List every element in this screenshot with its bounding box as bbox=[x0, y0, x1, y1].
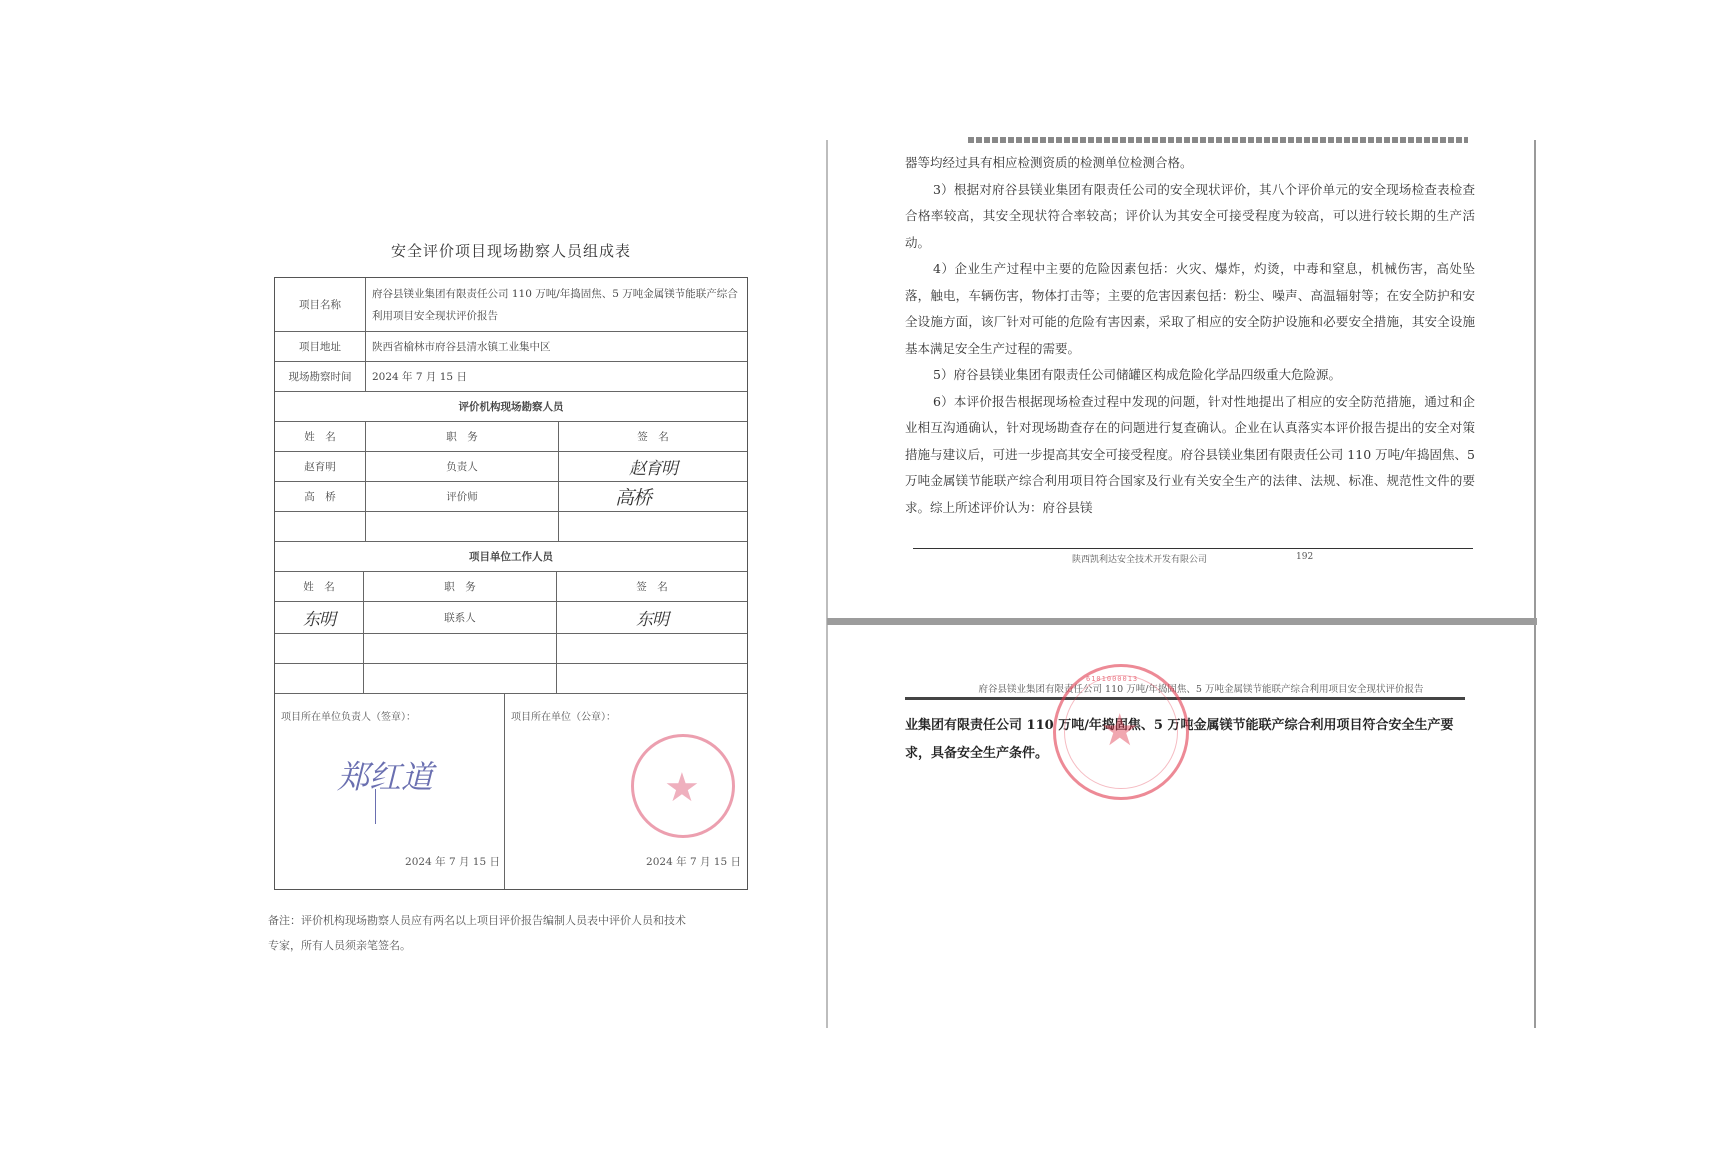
handwritten-signature: 高桥 bbox=[615, 483, 651, 510]
staff-role bbox=[363, 634, 556, 663]
value-project-name: 府谷县镁业集团有限责任公司 110 万吨/年捣固焦、5 万吨金属镁节能联产综合 … bbox=[365, 278, 747, 331]
signature-section: 项目所在单位负责人（签章）： 郑红道 2024 年 7 月 15 日 项目所在单… bbox=[275, 693, 747, 889]
header-rule bbox=[905, 697, 1465, 700]
page-right-edge bbox=[1534, 140, 1536, 1028]
handwritten-signature: 赵育明 bbox=[629, 454, 677, 479]
table-row bbox=[275, 511, 747, 541]
handwritten-name: 东明 bbox=[303, 605, 335, 630]
paragraph: 3）根据对府谷县镁业集团有限责任公司的安全现状评价，其八个评价单元的安全现场检查… bbox=[905, 177, 1475, 257]
report-conclusions-text: 器等均经过具有相应检测资质的检测单位检测合格。 3）根据对府谷县镁业集团有限责任… bbox=[905, 150, 1475, 521]
paragraph: 4）企业生产过程中主要的危险因素包括：火灾、爆炸，灼烫，中毒和窒息，机械伤害，高… bbox=[905, 256, 1475, 362]
seal-code: 6101000013 bbox=[1086, 675, 1138, 683]
table-row: 赵育明 负责人 赵育明 bbox=[275, 451, 747, 481]
eval-header-row: 姓 名 职 务 签 名 bbox=[275, 421, 747, 451]
project-name-line2: 利用项目安全现状评价报告 bbox=[372, 305, 498, 327]
unit-head-label: 项目所在单位负责人（签章）： bbox=[281, 708, 416, 723]
header-signature: 签 名 bbox=[558, 422, 747, 451]
page-left-edge bbox=[826, 140, 828, 1028]
unit-seal-box: 项目所在单位（公章）： ★ 2024 年 7 月 15 日 bbox=[504, 694, 747, 889]
staff-role bbox=[363, 664, 556, 693]
footnote-line1: 备注：评价机构现场勘察人员应有两名以上项目评价报告编制人员表中评价人员和技术 bbox=[268, 908, 768, 933]
label-project-name: 项目名称 bbox=[275, 278, 365, 331]
staff-name bbox=[275, 634, 363, 663]
row-project-name: 项目名称 府谷县镁业集团有限责任公司 110 万吨/年捣固焦、5 万吨金属镁节能… bbox=[275, 278, 747, 331]
unit-head-signature: 郑红道 bbox=[337, 752, 433, 798]
project-name-line1: 府谷县镁业集团有限责任公司 110 万吨/年捣固焦、5 万吨金属镁节能联产综合 bbox=[372, 283, 738, 305]
staff-signature bbox=[558, 512, 747, 541]
star-icon: ★ bbox=[664, 765, 700, 811]
staff-name: 赵育明 bbox=[275, 452, 365, 481]
header-name: 姓 名 bbox=[275, 422, 365, 451]
header-signature: 签 名 bbox=[556, 572, 747, 601]
unit-seal-label: 项目所在单位（公章）： bbox=[511, 708, 616, 723]
conclusion-text: 业集团有限责任公司 110 万吨/年捣固焦、5 万吨金属镁节能联产综合利用项目符… bbox=[905, 712, 1475, 768]
company-seal-icon: 6101000013 ★ bbox=[1053, 664, 1189, 800]
staff-name: 高 桥 bbox=[275, 482, 365, 511]
header-role: 职 务 bbox=[365, 422, 558, 451]
staff-name bbox=[275, 664, 363, 693]
staff-signature: 东明 bbox=[556, 602, 747, 633]
section-eval-staff: 评价机构现场勘察人员 bbox=[275, 391, 747, 421]
staff-role: 负责人 bbox=[365, 452, 558, 481]
row-project-address: 项目地址 陕西省榆林市府谷县清水镇工业集中区 bbox=[275, 331, 747, 361]
staff-role bbox=[365, 512, 558, 541]
table-row: 东明 联系人 东明 bbox=[275, 601, 747, 633]
value-project-address: 陕西省榆林市府谷县清水镇工业集中区 bbox=[365, 332, 747, 361]
staff-signature bbox=[556, 664, 747, 693]
table-row bbox=[275, 633, 747, 663]
staff-name: 东明 bbox=[275, 602, 363, 633]
section-title-eval: 评价机构现场勘察人员 bbox=[275, 392, 747, 421]
unit-head-box: 项目所在单位负责人（签章）： 郑红道 2024 年 7 月 15 日 bbox=[275, 694, 504, 889]
footnote-line2: 专家，所有人员须亲笔签名。 bbox=[268, 933, 768, 958]
company-seal-icon: ★ bbox=[631, 734, 735, 838]
footnote: 备注：评价机构现场勘察人员应有两名以上项目评价报告编制人员表中评价人员和技术 专… bbox=[268, 908, 768, 958]
star-icon: ★ bbox=[1100, 705, 1139, 756]
paragraph: 6）本评价报告根据现场检查过程中发现的问题，针对性地提出了相应的安全防范措施，通… bbox=[905, 389, 1475, 522]
running-header: 府谷县镁业集团有限责任公司 110 万吨/年捣固焦、5 万吨金属镁节能联产综合利… bbox=[936, 681, 1466, 695]
footer-company: 陕西凯利达安全技术开发有限公司 bbox=[1072, 552, 1207, 565]
footer-rule bbox=[913, 548, 1473, 549]
unit-seal-date: 2024 年 7 月 15 日 bbox=[646, 854, 741, 869]
project-header-row: 姓 名 职 务 签 名 bbox=[275, 571, 747, 601]
cut-off-text-line bbox=[968, 137, 1468, 143]
label-survey-time: 现场勘察时间 bbox=[275, 362, 365, 391]
header-role: 职 务 bbox=[363, 572, 556, 601]
section-title-project: 项目单位工作人员 bbox=[275, 542, 747, 571]
form-title: 安全评价项目现场勘察人员组成表 bbox=[274, 240, 748, 261]
staff-role: 评价师 bbox=[365, 482, 558, 511]
staff-name bbox=[275, 512, 365, 541]
paragraph: 器等均经过具有相应检测资质的检测单位检测合格。 bbox=[905, 150, 1475, 177]
table-row bbox=[275, 663, 747, 693]
staff-signature: 赵育明 bbox=[558, 452, 747, 481]
row-survey-time: 现场勘察时间 2024 年 7 月 15 日 bbox=[275, 361, 747, 391]
staff-signature bbox=[556, 634, 747, 663]
page-separator bbox=[827, 618, 1537, 625]
staff-signature: 高桥 bbox=[558, 482, 747, 511]
paragraph: 5）府谷县镁业集团有限责任公司储罐区构成危险化学品四级重大危险源。 bbox=[905, 362, 1475, 389]
unit-head-date: 2024 年 7 月 15 日 bbox=[405, 854, 500, 869]
label-project-address: 项目地址 bbox=[275, 332, 365, 361]
footer-page-number: 192 bbox=[1296, 552, 1313, 562]
value-survey-time: 2024 年 7 月 15 日 bbox=[365, 362, 747, 391]
section-project-staff: 项目单位工作人员 bbox=[275, 541, 747, 571]
survey-personnel-table: 项目名称 府谷县镁业集团有限责任公司 110 万吨/年捣固焦、5 万吨金属镁节能… bbox=[274, 277, 748, 890]
handwritten-signature: 东明 bbox=[636, 605, 668, 630]
header-name: 姓 名 bbox=[275, 572, 363, 601]
signature-stroke bbox=[375, 789, 376, 824]
table-row: 高 桥 评价师 高桥 bbox=[275, 481, 747, 511]
staff-role: 联系人 bbox=[363, 602, 556, 633]
